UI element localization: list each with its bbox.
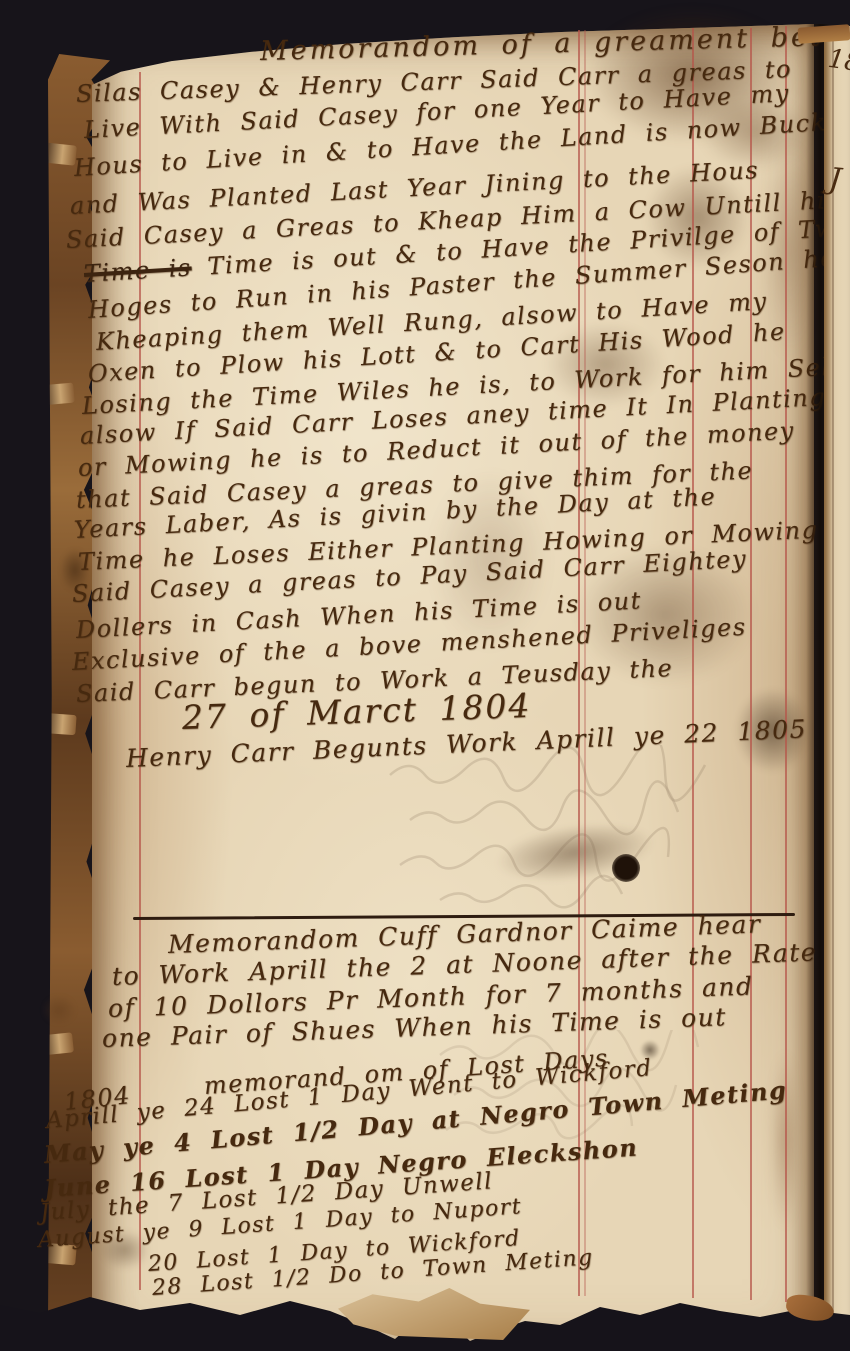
bleedthrough-writing (380, 745, 770, 915)
next-page-fragment-top: 18 (826, 44, 850, 78)
ink-blot (612, 854, 640, 882)
page-crease (832, 26, 834, 1332)
torn-page-stub (39, 383, 75, 406)
next-page-edge (824, 26, 850, 1332)
torn-page-stub (41, 142, 77, 165)
manuscript-scan: Memorandom of a greament betwene Silas C… (0, 0, 850, 1351)
torn-page-stub (41, 713, 76, 735)
torn-page-stub (38, 1032, 74, 1055)
